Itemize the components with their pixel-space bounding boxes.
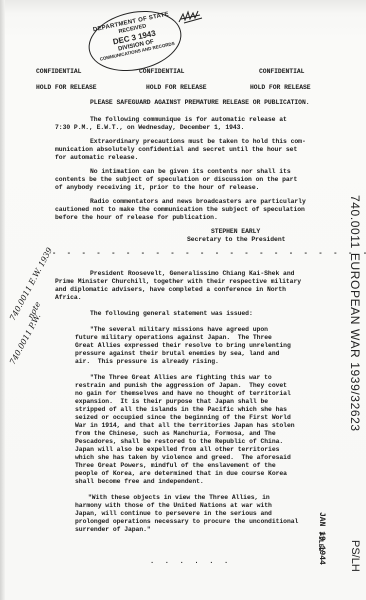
text-line: Pescadores, shall be restored to the Rep… bbox=[75, 438, 283, 446]
text-line: no gain for themselves and have no thoug… bbox=[75, 390, 291, 398]
classification-left: CONFIDENTIAL bbox=[36, 68, 81, 76]
text-line: "The Three Great Allies are fighting thi… bbox=[90, 374, 272, 382]
classification-right: CONFIDENTIAL bbox=[259, 68, 304, 76]
text-line: shall become free and independent. bbox=[75, 478, 204, 486]
text-line: restrain and punish the aggression of Ja… bbox=[75, 382, 287, 390]
text-line: "With these objects in view the Three Al… bbox=[88, 494, 270, 502]
file-number: 740.0011 EUROPEAN WAR 1939/32623 bbox=[348, 195, 362, 432]
text-line: and diplomatic advisers, have completed … bbox=[55, 286, 286, 294]
page-edge-shadow bbox=[0, 0, 5, 600]
text-line: for automatic release. bbox=[55, 154, 138, 162]
text-line: prolonged operations necessary to procur… bbox=[75, 518, 298, 526]
text-line: stripped of all the islands in the Pacif… bbox=[75, 406, 287, 414]
text-line: Great Allies expressed their resolve to … bbox=[75, 342, 291, 350]
text-line: seized or occupied since the beginning o… bbox=[75, 414, 291, 422]
text-line: Japan will also be expelled from all oth… bbox=[75, 446, 279, 454]
text-line: expansion. It is their purpose that Japa… bbox=[75, 398, 268, 406]
signature-title: Secretary to the President bbox=[187, 236, 285, 244]
text-line: President Roosevelt, Generalissimo Chian… bbox=[90, 270, 294, 278]
text-line: cautioned not to make the communication … bbox=[55, 206, 305, 214]
text-line: of anybody receiving it, prior to the ho… bbox=[55, 184, 259, 192]
text-line: 7:30 P.M., E.W.T., on Wednesday, Decembe… bbox=[55, 124, 244, 132]
text-line: surrender of Japan." bbox=[75, 526, 151, 534]
text-line: before the hour of release for publicati… bbox=[55, 214, 218, 222]
text-line: munication absolutely confidential and s… bbox=[55, 146, 297, 154]
classification-center: CONFIDENTIAL bbox=[139, 68, 184, 76]
text-line: Prime Minister Churchill, together with … bbox=[55, 278, 301, 286]
statement-intro: The following general statement was issu… bbox=[90, 310, 253, 318]
text-line: "The several military missions have agre… bbox=[90, 326, 268, 334]
text-line: pressure against their brutal enemies by… bbox=[75, 350, 279, 358]
text-line: Japan, will continue to persevere in the… bbox=[75, 510, 272, 518]
text-line: Radio commentators and news broadcasters… bbox=[90, 198, 306, 206]
separator-line: - - - - - - - - - - - - - - - - - - - - … bbox=[52, 250, 366, 258]
text-line: Three Great Powers, mindful of the ensla… bbox=[75, 462, 276, 470]
text-line: people of Korea, are determined that in … bbox=[75, 470, 287, 478]
text-line: air. This pressure is already rising. bbox=[75, 358, 219, 366]
text-line: No intimation can be given its contents … bbox=[90, 168, 291, 176]
end-dots: . . . . . . bbox=[150, 558, 231, 566]
text-line: contents be the subject of speculation o… bbox=[55, 176, 297, 184]
hold-center: HOLD FOR RELEASE bbox=[146, 84, 207, 92]
text-line: future military operations against Japan… bbox=[75, 334, 272, 342]
text-line: from the Chinese, such as Manchuria, For… bbox=[75, 430, 276, 438]
document-page: DEPARTMENT OF STATE RECEIVED DEC 3 1943 … bbox=[0, 0, 366, 600]
signature-name: STEPHEN EARLY bbox=[211, 228, 260, 236]
initials-scribble-icon bbox=[178, 10, 204, 24]
text-line: Africa. bbox=[55, 294, 82, 302]
safeguard-warning: PLEASE SAFEGUARD AGAINST PREMATURE RELEA… bbox=[90, 99, 310, 107]
text-line: Extraordinary precautions must be taken … bbox=[90, 138, 306, 146]
text-line: harmony with those of the United Nations… bbox=[75, 502, 272, 510]
hold-left: HOLD FOR RELEASE bbox=[36, 84, 97, 92]
hold-right: HOLD FOR RELEASE bbox=[250, 84, 311, 92]
text-line: War in 1914, and that all the territorie… bbox=[75, 422, 295, 430]
text-line: The following communique is for automati… bbox=[90, 116, 287, 124]
office-code: PS/LH bbox=[349, 540, 361, 572]
text-line: which she has taken by violence and gree… bbox=[75, 454, 291, 462]
filed-date: JAN 19 1944 bbox=[317, 512, 326, 565]
